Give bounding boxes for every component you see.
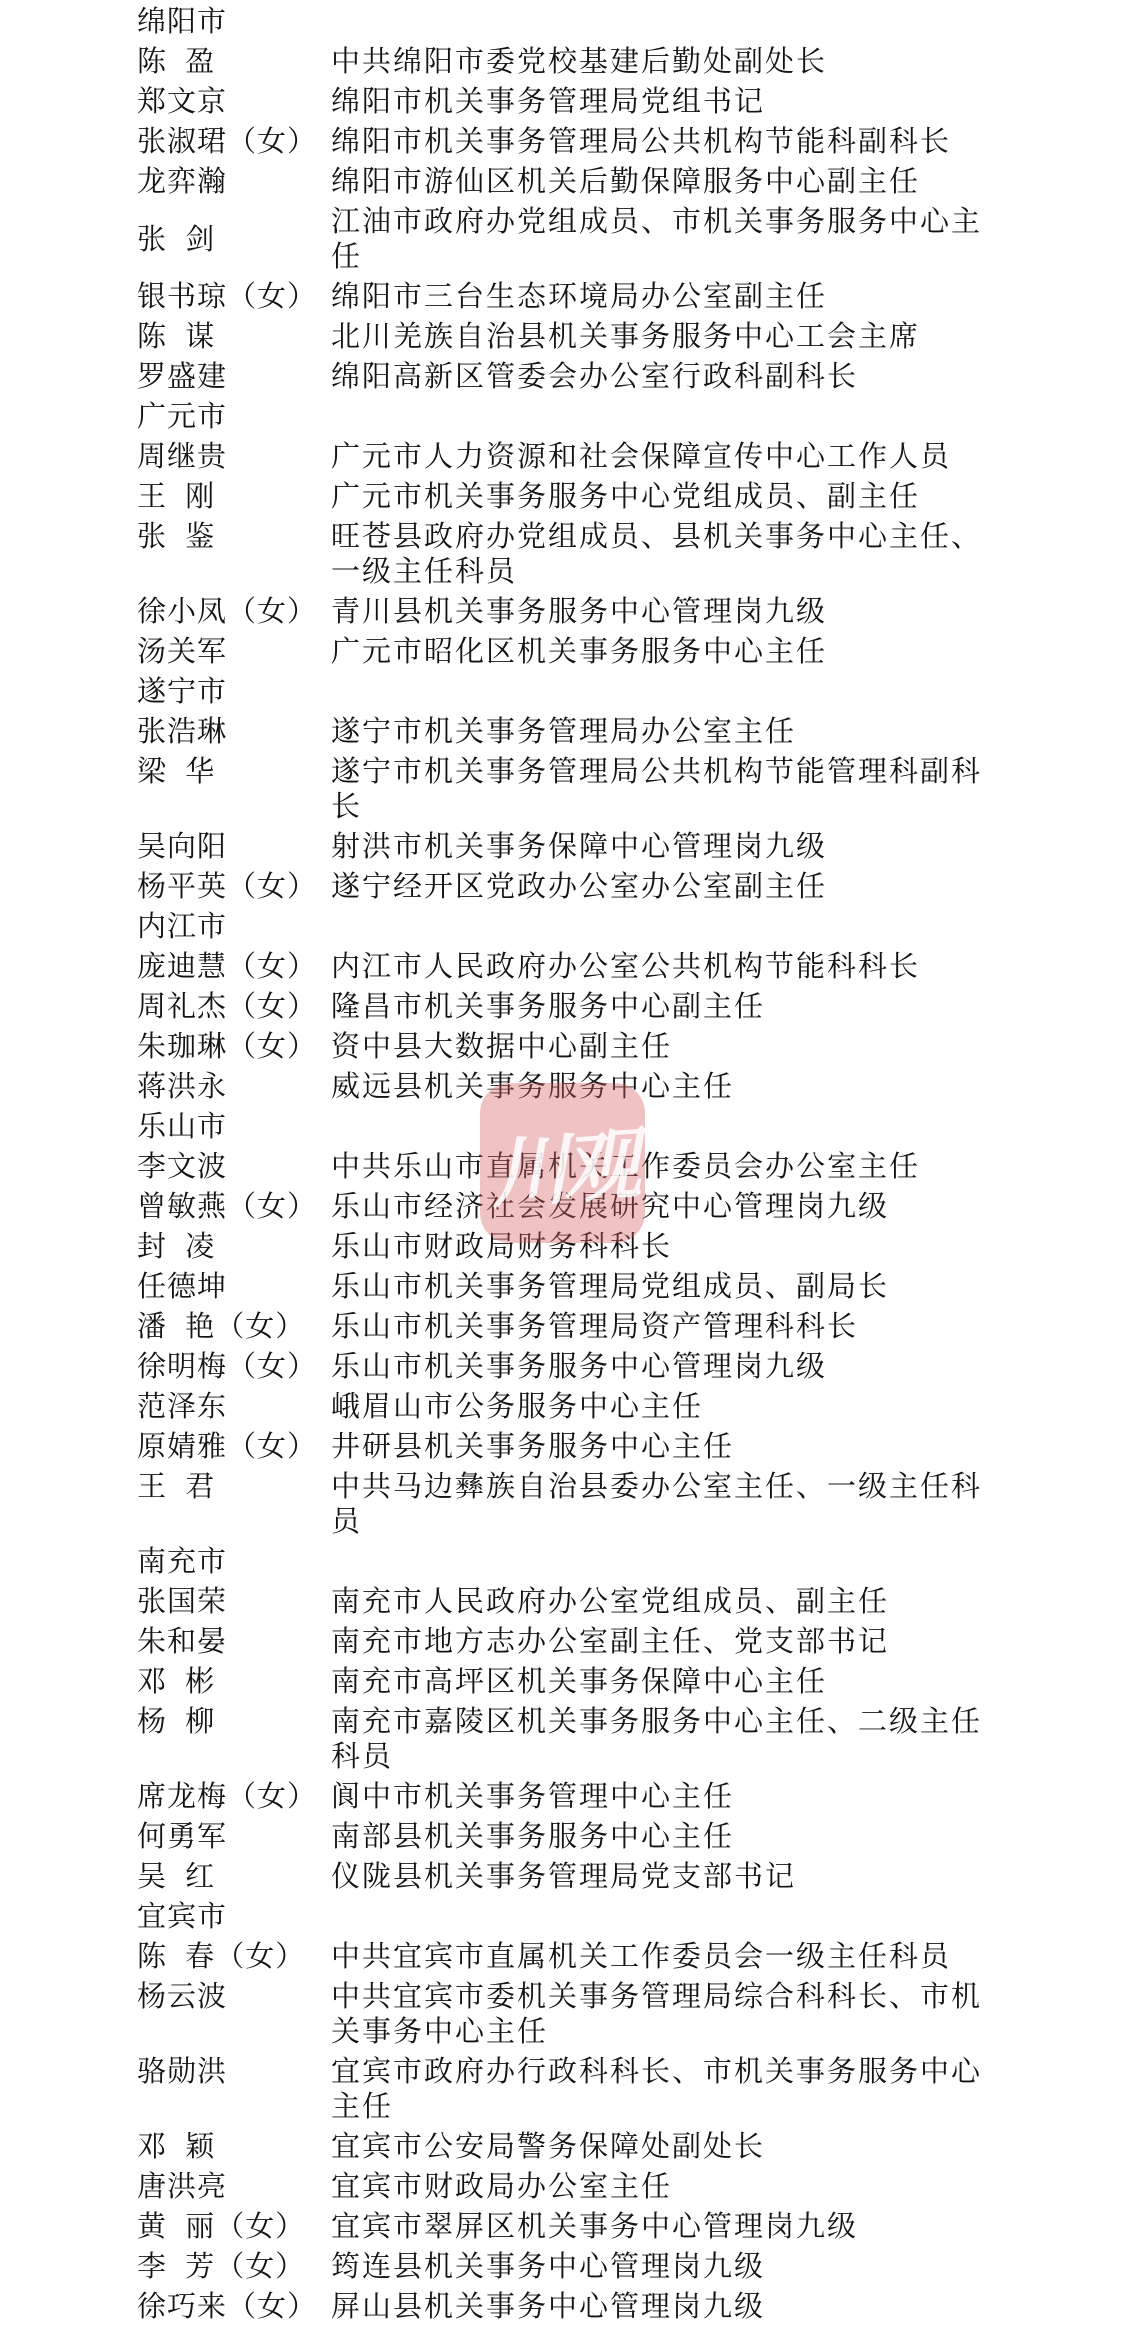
- person-row: 郑文京绵阳市机关事务管理局党组书记: [137, 84, 1017, 124]
- person-row: 周礼杰（女）隆昌市机关事务服务中心副主任: [137, 989, 1017, 1029]
- person-row: 杨平英（女）遂宁经开区党政办公室办公室副主任: [137, 869, 1017, 909]
- person-position: 广元市机关事务服务中心党组成员、副主任: [331, 479, 996, 514]
- person-name: 唐洪亮: [137, 2169, 331, 2204]
- person-position: 峨眉山市公务服务中心主任: [331, 1389, 996, 1424]
- person-row: 任德坤乐山市机关事务管理局党组成员、副局长: [137, 1269, 1017, 1309]
- city-heading: 宜宾市: [137, 1899, 437, 1934]
- person-row: 原婧雅（女）井研县机关事务服务中心主任: [137, 1429, 1017, 1469]
- person-row: 曾敏燕（女）乐山市经济社会发展研究中心管理岗九级: [137, 1189, 1017, 1229]
- person-name: 罗盛建: [137, 359, 331, 394]
- person-row: 徐巧来（女）屏山县机关事务中心管理岗九级: [137, 2289, 1017, 2329]
- person-row: 何勇军南部县机关事务服务中心主任: [137, 1819, 1017, 1859]
- honoree-list: 绵阳市陈 盈中共绵阳市委党校基建后勤处副处长郑文京绵阳市机关事务管理局党组书记张…: [137, 4, 1017, 2329]
- person-row: 汤关军广元市昭化区机关事务服务中心主任: [137, 634, 1017, 674]
- person-position: 南充市嘉陵区机关事务服务中心主任、二级主任科员: [331, 1704, 996, 1774]
- person-position: 南充市人民政府办公室党组成员、副主任: [331, 1584, 996, 1619]
- person-position: 广元市人力资源和社会保障宣传中心工作人员: [331, 439, 996, 474]
- person-name: 邓 彬: [137, 1664, 331, 1699]
- person-name: 徐巧来（女）: [137, 2289, 331, 2324]
- person-row: 庞迪慧（女）内江市人民政府办公室公共机构节能科科长: [137, 949, 1017, 989]
- person-name: 蒋洪永: [137, 1069, 331, 1104]
- person-name: 李 芳（女）: [137, 2249, 331, 2284]
- person-position: 中共乐山市直属机关工作委员会办公室主任: [331, 1149, 996, 1184]
- person-position: 遂宁市机关事务管理局办公室主任: [331, 714, 996, 749]
- person-row: 杨云波中共宜宾市委机关事务管理局综合科科长、市机关事务中心主任: [137, 1979, 1017, 2054]
- person-name: 徐小凤（女）: [137, 594, 331, 629]
- city-heading: 内江市: [137, 909, 437, 944]
- person-position: 北川羌族自治县机关事务服务中心工会主席: [331, 319, 996, 354]
- person-position: 绵阳市机关事务管理局党组书记: [331, 84, 996, 119]
- person-position: 广元市昭化区机关事务服务中心主任: [331, 634, 996, 669]
- person-row: 王 君中共马边彝族自治县委办公室主任、一级主任科员: [137, 1469, 1017, 1544]
- person-position: 南充市高坪区机关事务保障中心主任: [331, 1664, 996, 1699]
- person-position: 射洪市机关事务保障中心管理岗九级: [331, 829, 996, 864]
- person-row: 吴 红仪陇县机关事务管理局党支部书记: [137, 1859, 1017, 1899]
- person-row: 李 芳（女）筠连县机关事务中心管理岗九级: [137, 2249, 1017, 2289]
- person-name: 张 剑: [137, 222, 331, 257]
- person-position: 中共马边彝族自治县委办公室主任、一级主任科员: [331, 1469, 996, 1539]
- person-name: 张淑珺（女）: [137, 124, 331, 159]
- person-position: 乐山市经济社会发展研究中心管理岗九级: [331, 1189, 996, 1224]
- person-row: 潘 艳（女）乐山市机关事务管理局资产管理科科长: [137, 1309, 1017, 1349]
- person-position: 仪陇县机关事务管理局党支部书记: [331, 1859, 996, 1894]
- person-name: 朱和晏: [137, 1624, 331, 1659]
- person-position: 井研县机关事务服务中心主任: [331, 1429, 996, 1464]
- person-position: 乐山市财政局财务科科长: [331, 1229, 996, 1264]
- person-position: 青川县机关事务服务中心管理岗九级: [331, 594, 996, 629]
- person-name: 梁 华: [137, 754, 331, 789]
- person-position: 屏山县机关事务中心管理岗九级: [331, 2289, 996, 2324]
- person-row: 朱珈琳（女）资中县大数据中心副主任: [137, 1029, 1017, 1069]
- person-name: 杨平英（女）: [137, 869, 331, 904]
- person-row: 黄 丽（女）宜宾市翠屏区机关事务中心管理岗九级: [137, 2209, 1017, 2249]
- city-heading: 南充市: [137, 1544, 437, 1579]
- city-heading: 绵阳市: [137, 4, 437, 39]
- person-position: 绵阳市机关事务管理局公共机构节能科副科长: [331, 124, 996, 159]
- person-row: 范泽东峨眉山市公务服务中心主任: [137, 1389, 1017, 1429]
- person-name: 陈 谋: [137, 319, 331, 354]
- person-name: 郑文京: [137, 84, 331, 119]
- person-row: 陈 春（女）中共宜宾市直属机关工作委员会一级主任科员: [137, 1939, 1017, 1979]
- person-position: 绵阳高新区管委会办公室行政科副科长: [331, 359, 996, 394]
- person-name: 原婧雅（女）: [137, 1429, 331, 1464]
- person-name: 任德坤: [137, 1269, 331, 1304]
- person-name: 徐明梅（女）: [137, 1349, 331, 1384]
- person-name: 邓 颖: [137, 2129, 331, 2164]
- city-heading-row: 南充市: [137, 1544, 1017, 1584]
- person-position: 中共宜宾市委机关事务管理局综合科科长、市机关事务中心主任: [331, 1979, 996, 2049]
- person-position: 江油市政府办党组成员、市机关事务服务中心主任: [331, 204, 996, 274]
- person-row: 张 剑江油市政府办党组成员、市机关事务服务中心主任: [137, 204, 1017, 279]
- person-row: 银书琼（女）绵阳市三台生态环境局办公室副主任: [137, 279, 1017, 319]
- person-position: 威远县机关事务服务中心主任: [331, 1069, 996, 1104]
- person-row: 封 凌乐山市财政局财务科科长: [137, 1229, 1017, 1269]
- person-row: 徐小凤（女）青川县机关事务服务中心管理岗九级: [137, 594, 1017, 634]
- person-name: 陈 盈: [137, 44, 331, 79]
- person-name: 杨 柳: [137, 1704, 331, 1739]
- person-position: 南充市地方志办公室副主任、党支部书记: [331, 1624, 996, 1659]
- person-position: 旺苍县政府办党组成员、县机关事务中心主任、一级主任科员: [331, 519, 996, 589]
- person-name: 骆勋洪: [137, 2054, 331, 2089]
- person-row: 张国荣南充市人民政府办公室党组成员、副主任: [137, 1584, 1017, 1624]
- city-heading-row: 绵阳市: [137, 4, 1017, 44]
- person-name: 曾敏燕（女）: [137, 1189, 331, 1224]
- person-name: 王 君: [137, 1469, 331, 1504]
- person-name: 何勇军: [137, 1819, 331, 1854]
- person-position: 阆中市机关事务管理中心主任: [331, 1779, 996, 1814]
- person-row: 陈 谋北川羌族自治县机关事务服务中心工会主席: [137, 319, 1017, 359]
- person-name: 封 凌: [137, 1229, 331, 1264]
- person-position: 资中县大数据中心副主任: [331, 1029, 996, 1064]
- person-row: 周继贵广元市人力资源和社会保障宣传中心工作人员: [137, 439, 1017, 479]
- person-name: 龙弈瀚: [137, 164, 331, 199]
- person-name: 周礼杰（女）: [137, 989, 331, 1024]
- person-name: 王 刚: [137, 479, 331, 514]
- person-row: 唐洪亮宜宾市财政局办公室主任: [137, 2169, 1017, 2209]
- person-row: 徐明梅（女）乐山市机关事务服务中心管理岗九级: [137, 1349, 1017, 1389]
- person-position: 绵阳市游仙区机关后勤保障服务中心副主任: [331, 164, 996, 199]
- person-position: 隆昌市机关事务服务中心副主任: [331, 989, 996, 1024]
- person-position: 宜宾市公安局警务保障处副处长: [331, 2129, 996, 2164]
- person-position: 乐山市机关事务服务中心管理岗九级: [331, 1349, 996, 1384]
- person-position: 中共绵阳市委党校基建后勤处副处长: [331, 44, 996, 79]
- city-heading-row: 乐山市: [137, 1109, 1017, 1149]
- person-position: 乐山市机关事务管理局资产管理科科长: [331, 1309, 996, 1344]
- person-row: 张淑珺（女）绵阳市机关事务管理局公共机构节能科副科长: [137, 124, 1017, 164]
- person-row: 李文波中共乐山市直属机关工作委员会办公室主任: [137, 1149, 1017, 1189]
- person-name: 朱珈琳（女）: [137, 1029, 331, 1064]
- person-position: 遂宁经开区党政办公室办公室副主任: [331, 869, 996, 904]
- person-name: 庞迪慧（女）: [137, 949, 331, 984]
- person-name: 潘 艳（女）: [137, 1309, 331, 1344]
- city-heading-row: 广元市: [137, 399, 1017, 439]
- person-position: 乐山市机关事务管理局党组成员、副局长: [331, 1269, 996, 1304]
- person-name: 吴 红: [137, 1859, 331, 1894]
- city-heading: 广元市: [137, 399, 437, 434]
- person-name: 席龙梅（女）: [137, 1779, 331, 1814]
- person-position: 绵阳市三台生态环境局办公室副主任: [331, 279, 996, 314]
- person-row: 龙弈瀚绵阳市游仙区机关后勤保障服务中心副主任: [137, 164, 1017, 204]
- person-position: 宜宾市政府办行政科科长、市机关事务服务中心主任: [331, 2054, 996, 2124]
- person-name: 银书琼（女）: [137, 279, 331, 314]
- person-row: 王 刚广元市机关事务服务中心党组成员、副主任: [137, 479, 1017, 519]
- person-row: 邓 颖宜宾市公安局警务保障处副处长: [137, 2129, 1017, 2169]
- person-name: 吴向阳: [137, 829, 331, 864]
- person-name: 周继贵: [137, 439, 331, 474]
- person-row: 邓 彬南充市高坪区机关事务保障中心主任: [137, 1664, 1017, 1704]
- person-position: 宜宾市翠屏区机关事务中心管理岗九级: [331, 2209, 996, 2244]
- person-name: 陈 春（女）: [137, 1939, 331, 1974]
- person-row: 杨 柳南充市嘉陵区机关事务服务中心主任、二级主任科员: [137, 1704, 1017, 1779]
- person-position: 内江市人民政府办公室公共机构节能科科长: [331, 949, 996, 984]
- city-heading-row: 内江市: [137, 909, 1017, 949]
- person-position: 南部县机关事务服务中心主任: [331, 1819, 996, 1854]
- person-name: 张 鉴: [137, 519, 331, 554]
- person-name: 李文波: [137, 1149, 331, 1184]
- person-row: 吴向阳射洪市机关事务保障中心管理岗九级: [137, 829, 1017, 869]
- person-row: 蒋洪永威远县机关事务服务中心主任: [137, 1069, 1017, 1109]
- person-name: 范泽东: [137, 1389, 331, 1424]
- person-row: 骆勋洪宜宾市政府办行政科科长、市机关事务服务中心主任: [137, 2054, 1017, 2129]
- person-position: 筠连县机关事务中心管理岗九级: [331, 2249, 996, 2284]
- person-position: 遂宁市机关事务管理局公共机构节能管理科副科长: [331, 754, 996, 824]
- person-row: 罗盛建绵阳高新区管委会办公室行政科副科长: [137, 359, 1017, 399]
- person-name: 汤关军: [137, 634, 331, 669]
- city-heading-row: 遂宁市: [137, 674, 1017, 714]
- person-name: 杨云波: [137, 1979, 331, 2014]
- person-name: 张浩琳: [137, 714, 331, 749]
- person-row: 梁 华遂宁市机关事务管理局公共机构节能管理科副科长: [137, 754, 1017, 829]
- city-heading-row: 宜宾市: [137, 1899, 1017, 1939]
- person-position: 中共宜宾市直属机关工作委员会一级主任科员: [331, 1939, 996, 1974]
- city-heading: 遂宁市: [137, 674, 437, 709]
- person-row: 张浩琳遂宁市机关事务管理局办公室主任: [137, 714, 1017, 754]
- person-row: 陈 盈中共绵阳市委党校基建后勤处副处长: [137, 44, 1017, 84]
- person-row: 席龙梅（女）阆中市机关事务管理中心主任: [137, 1779, 1017, 1819]
- person-name: 黄 丽（女）: [137, 2209, 331, 2244]
- person-position: 宜宾市财政局办公室主任: [331, 2169, 996, 2204]
- person-name: 张国荣: [137, 1584, 331, 1619]
- person-row: 张 鉴旺苍县政府办党组成员、县机关事务中心主任、一级主任科员: [137, 519, 1017, 594]
- person-row: 朱和晏南充市地方志办公室副主任、党支部书记: [137, 1624, 1017, 1664]
- city-heading: 乐山市: [137, 1109, 437, 1144]
